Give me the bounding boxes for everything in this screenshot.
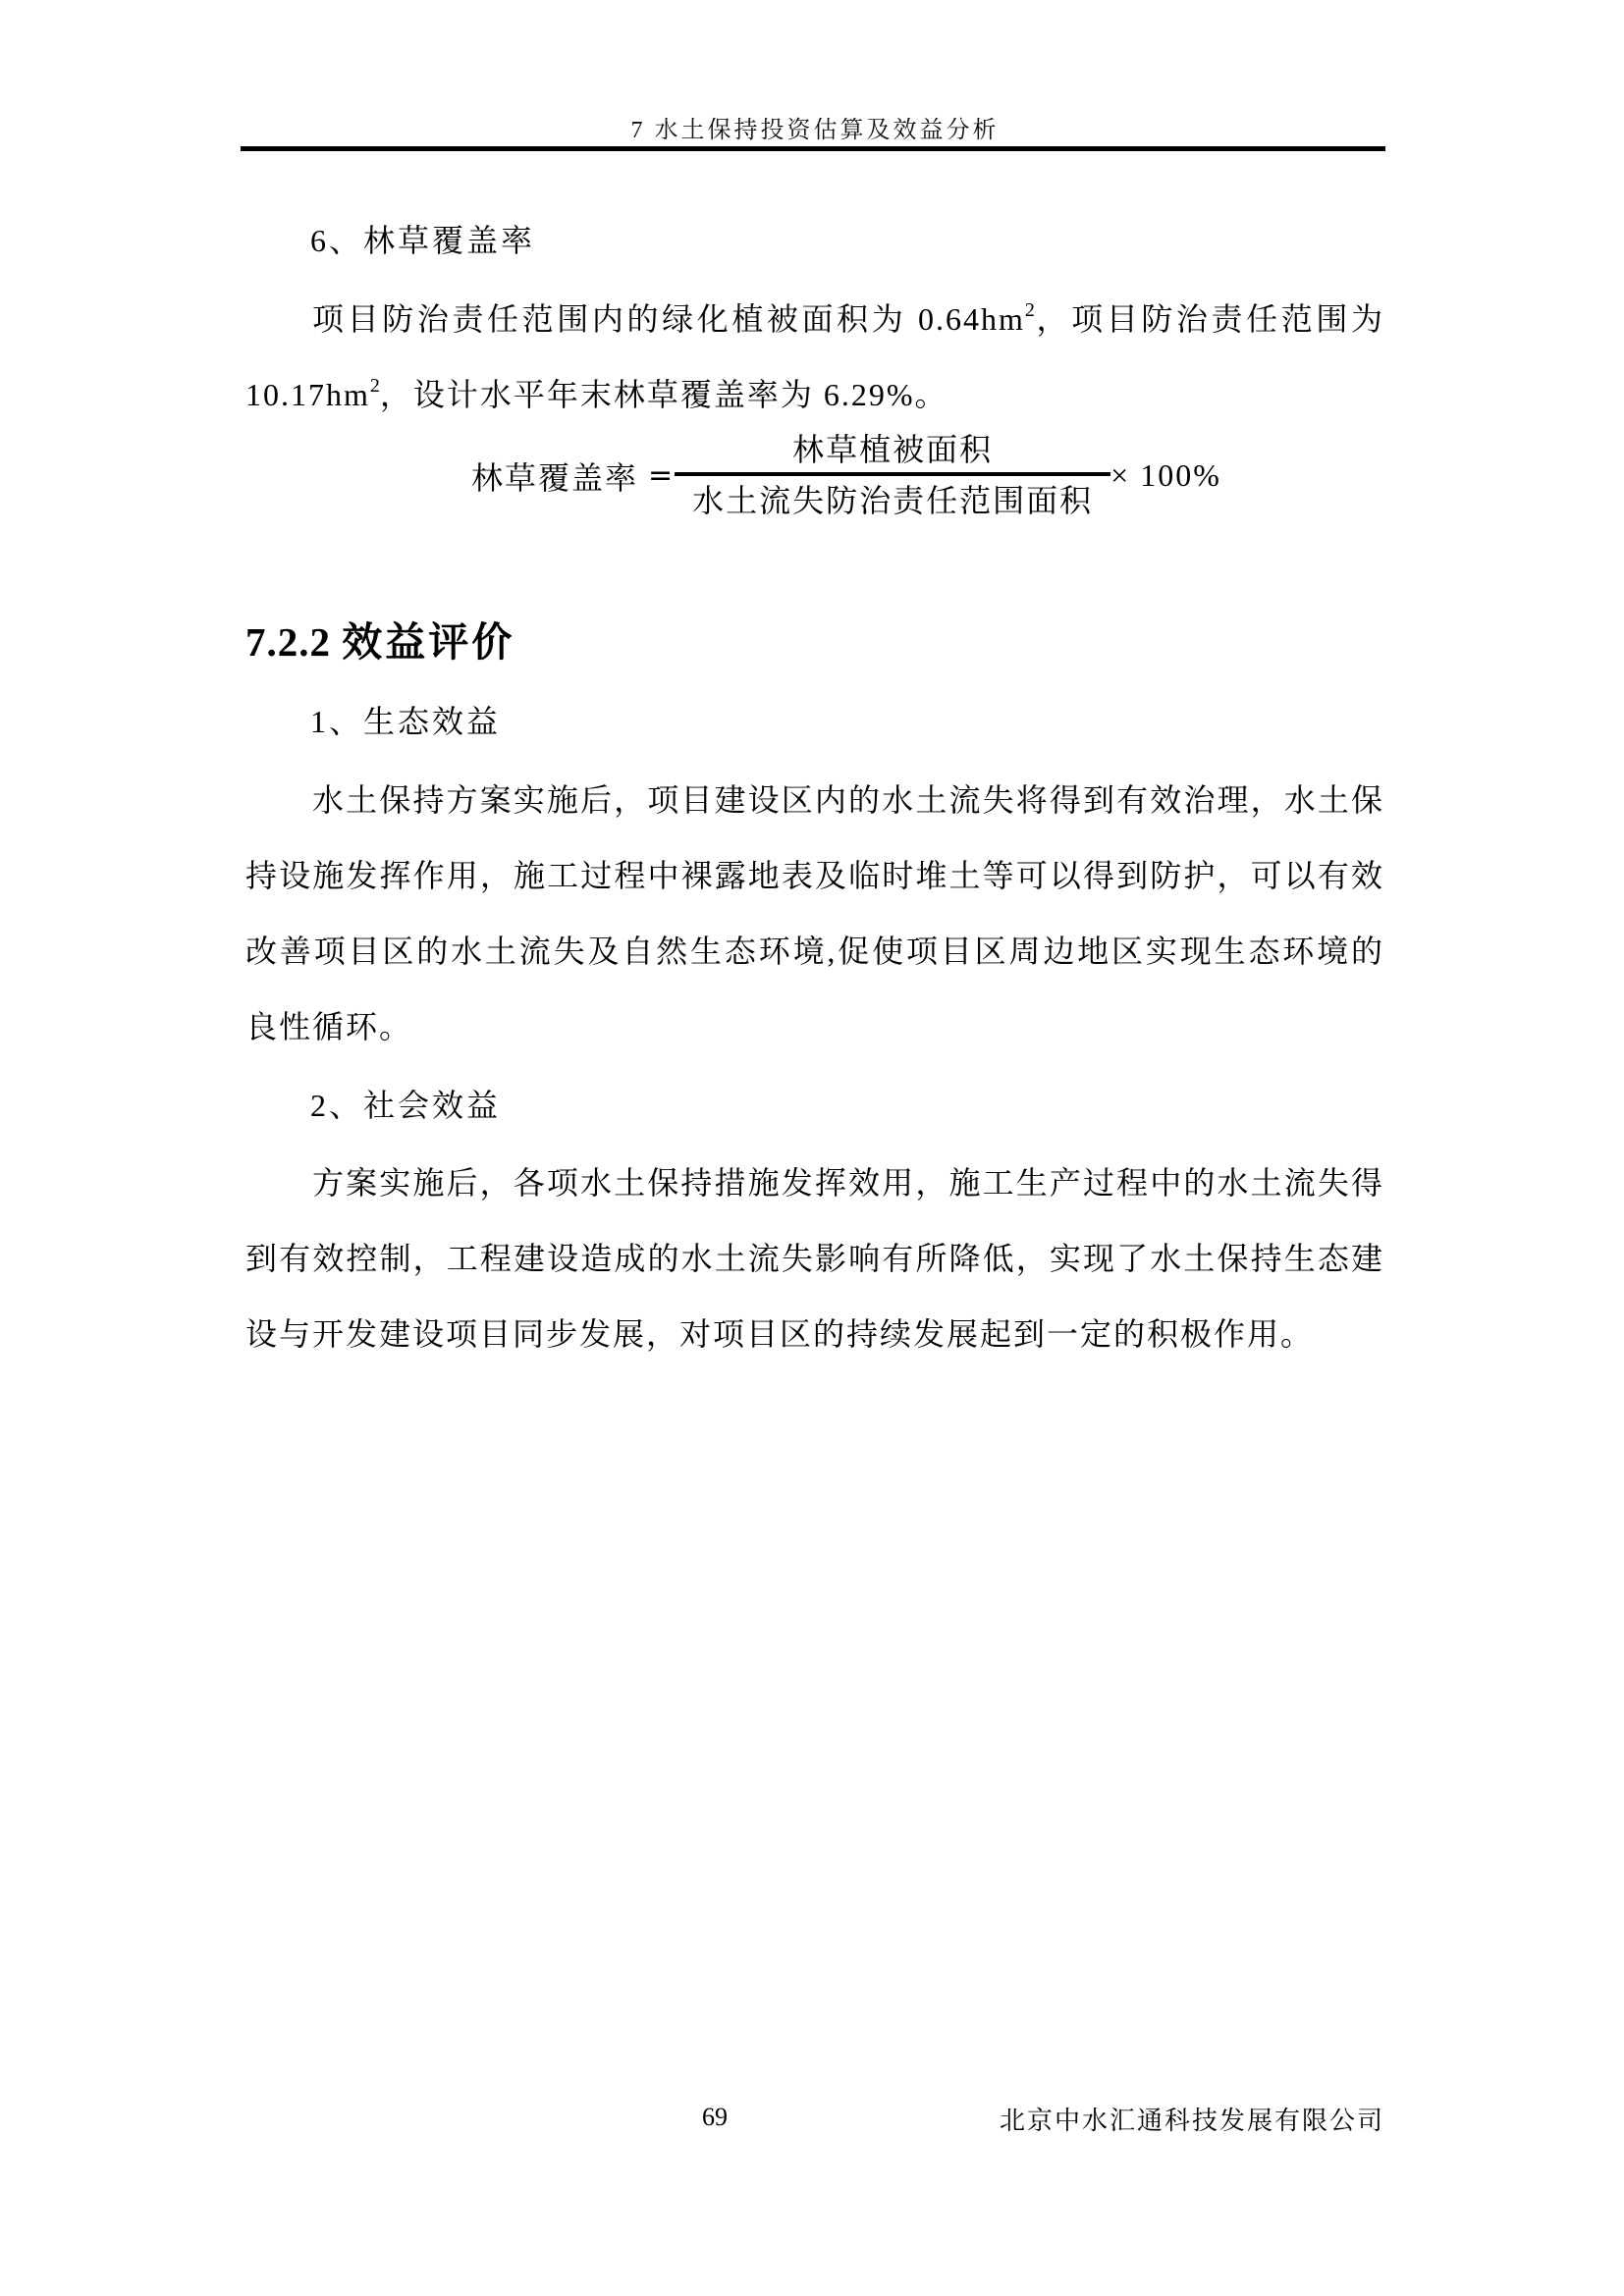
formula-equals-sign: = — [648, 458, 675, 493]
superscript-2: 2 — [1025, 299, 1035, 321]
formula-multiplier: × 100% — [1110, 457, 1221, 494]
section-title-text: 效益评价 — [342, 619, 514, 665]
page-number: 69 — [676, 2103, 754, 2132]
paragraph-social-benefit: 方案实施后，各项水土保持措施发挥效用，施工生产过程中的水土流失得到有效控制，工程… — [245, 1146, 1384, 1372]
heading-social-benefit: 2、社会效益 — [245, 1088, 1384, 1123]
heading-ecological-benefit: 1、生态效益 — [245, 704, 1384, 739]
paragraph-coverage: 项目防治责任范围内的绿化植被面积为 0.64hm2，项目防治责任范围为10.17… — [245, 282, 1384, 433]
formula-denominator: 水土流失防治责任范围面积 — [688, 480, 1097, 521]
running-header-title: 7 水土保持投资估算及效益分析 — [245, 110, 1384, 144]
formula-lhs: 林草覆盖率 — [471, 454, 638, 499]
section-heading-benefit-evaluation: 7.2.2 效益评价 — [245, 618, 1384, 666]
coverage-text-segment-3: ，设计水平年末林草覆盖率为 6.29%。 — [380, 377, 948, 412]
fraction-bar — [675, 472, 1110, 476]
section-number: 7.2.2 — [245, 619, 342, 665]
coverage-text-segment-1: 项目防治责任范围内的绿化植被面积为 0.64hm — [312, 301, 1025, 337]
coverage-formula: 林草覆盖率 = 林草植被面积 水土流失防治责任范围面积 × 100% — [471, 430, 1221, 521]
heading-coverage-rate: 6、林草覆盖率 — [245, 223, 1384, 258]
formula-fraction: 林草植被面积 水土流失防治责任范围面积 — [688, 430, 1097, 521]
superscript-2: 2 — [370, 375, 380, 397]
footer-company-name: 北京中水汇通科技发展有限公司 — [1000, 2101, 1384, 2137]
document-page: 7 水土保持投资估算及效益分析 6、林草覆盖率 项目防治责任范围内的绿化植被面积… — [0, 0, 1624, 2296]
paragraph-ecological-benefit: 水土保持方案实施后，项目建设区内的水土流失将得到有效治理，水土保持设施发挥作用，… — [245, 763, 1384, 1065]
header-rule — [241, 146, 1385, 151]
formula-numerator: 林草植被面积 — [788, 430, 997, 469]
